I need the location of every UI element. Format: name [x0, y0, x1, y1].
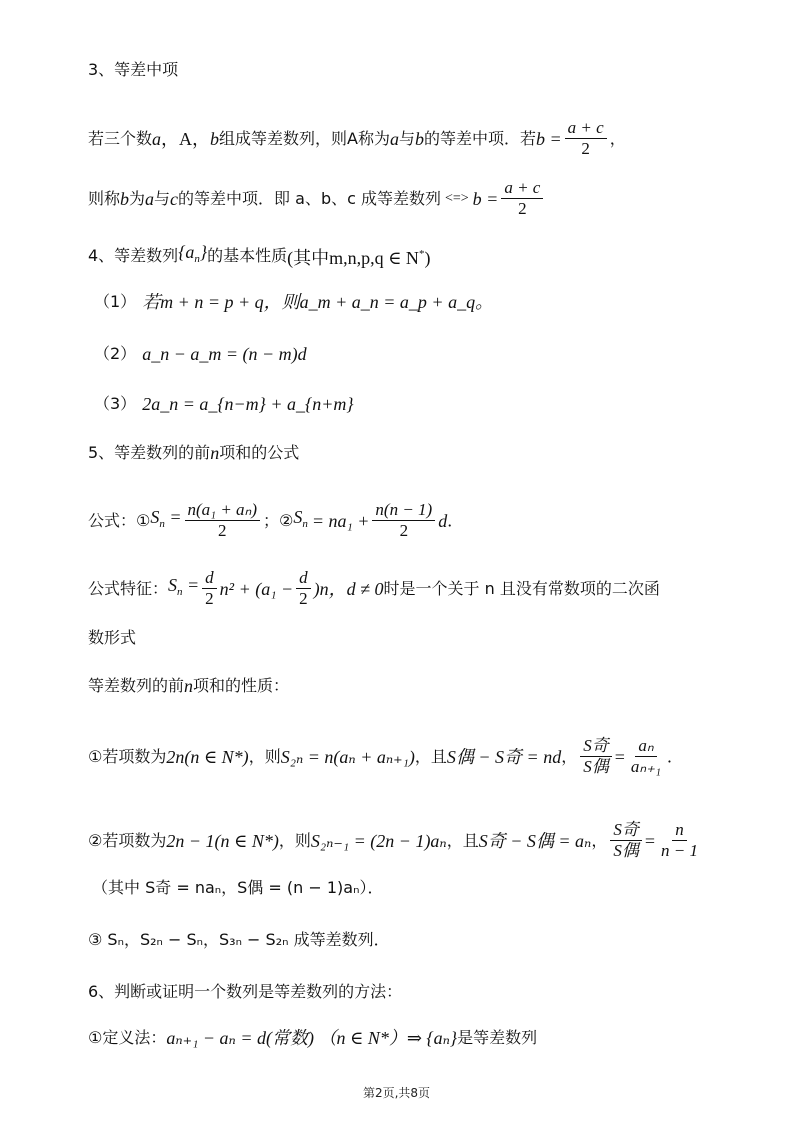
text: 的等差中项．若 [424, 129, 536, 149]
feature-condition: ，d ≠ 0 [329, 579, 384, 599]
circled-2: ② [279, 511, 293, 531]
end: ． [667, 747, 683, 767]
denominator: 2 [215, 521, 230, 541]
denominator: 2 [202, 589, 217, 609]
var-b: b [415, 129, 424, 149]
property-2: ②若项数为 2n − 1(n ∈ N*) ，则 S₂ₙ₋₁ = (2n − 1)… [88, 820, 704, 861]
numerator: d [296, 568, 311, 589]
text: ，且 [447, 831, 479, 851]
text: 项和的性质： [193, 676, 289, 696]
text: 4、等差数列 [88, 246, 178, 266]
method-label: ①定义法： [88, 1028, 166, 1048]
text: ， [591, 831, 607, 851]
formula-feature-line: 公式特征： Sn = d 2 n² + (a₁ − d 2 )n ，d ≠ 0 … [88, 568, 660, 609]
count: 2n − 1(n ∈ N*) [166, 831, 278, 851]
numerator: S奇 [610, 820, 642, 841]
text: ①若项数为 [88, 747, 166, 767]
condition-text: (其中m,n,p,q ∈ N [287, 248, 419, 268]
denominator: 2 [578, 139, 593, 159]
difference: S偶 − S奇 = nd [447, 747, 561, 767]
text: 的等差中项．即 a、b、c 成等差数列 [178, 189, 441, 209]
section-6-heading: 6、判断或证明一个数列是等差数列的方法： [88, 982, 402, 1002]
item-label: （2） [94, 344, 136, 364]
feature-text: 时是一个关于 n 且没有常数项的二次函 [384, 579, 660, 599]
section-4-heading: 4、等差数列 {an} 的基本性质 (其中m,n,p,q ∈ N*) [88, 242, 430, 269]
feature-label: 公式特征： [88, 579, 168, 599]
property-item-1: （1） 若m + n = p + q，则a_m + a_n = a_p + a_… [94, 292, 493, 312]
text: ，则 [279, 831, 311, 851]
text: ，A， [161, 129, 210, 149]
fraction: d 2 [202, 568, 217, 609]
formula2-mid: = na₁ + [312, 511, 370, 531]
numerator: aₙ [635, 736, 656, 757]
props-heading: 等差数列的前 n 项和的性质： [88, 676, 289, 696]
item-text: a_n − a_m = (n − m)d [142, 344, 306, 364]
var-d: d [438, 511, 447, 531]
item-label: （1） [94, 292, 136, 312]
equivalence-arrow: <=> [445, 189, 469, 209]
formula-label: 公式： [88, 511, 136, 531]
sequence-set: {an} [178, 242, 207, 269]
var-a: a [390, 129, 399, 149]
fraction: a + c 2 [501, 178, 543, 219]
denominator: 2 [515, 199, 530, 219]
end: ． [447, 511, 463, 531]
sn-equals: Sn = [150, 507, 181, 534]
count: 2n(n ∈ N*) [166, 747, 248, 767]
set-open: {a [178, 242, 194, 262]
numerator: d [202, 568, 217, 589]
separator: ； [263, 511, 279, 531]
denominator: 2 [296, 589, 311, 609]
text: 组成等差数列，则A称为 [219, 129, 390, 149]
var-n: n [210, 443, 219, 463]
fraction: d 2 [296, 568, 311, 609]
var-c: c [170, 189, 178, 209]
set-close: } [200, 242, 207, 262]
property-item-3: （3） 2a_n = a_{n−m} + a_{n+m} [94, 394, 354, 414]
ratio-fraction: S奇 S偶 [580, 736, 612, 777]
circled-1: ① [136, 511, 150, 531]
numerator: n(n − 1) [372, 500, 435, 521]
method-formula: aₙ₊₁ − aₙ = d(常数) （n ∈ N*）⇒ {aₙ} [166, 1028, 457, 1048]
property-2-note: （其中 S奇 = naₙ，S偶 = (n − 1)aₙ）． [92, 878, 383, 898]
equation: b = [536, 129, 562, 149]
var-n: n [184, 676, 193, 696]
section-3-heading: 3、等差中项 [88, 60, 178, 80]
var-a: a [145, 189, 154, 209]
feature-tail: )n [314, 579, 329, 599]
method-tail: 是等差数列 [457, 1028, 537, 1048]
denominator: S偶 [580, 757, 612, 777]
text: ， [561, 747, 577, 767]
text: 与 [154, 189, 170, 209]
text: 等差数列的前 [88, 676, 184, 696]
sum-formula-line: 公式： ① Sn = n(a₁ + aₙ) 2 ； ② Sn = na₁ + n… [88, 500, 463, 541]
equation: S₂ₙ = n(aₙ + aₙ₊₁) [281, 747, 415, 767]
numerator: a + c [501, 178, 543, 199]
text: ，且 [415, 747, 447, 767]
feature-mid: n² + (a₁ − [220, 579, 293, 599]
denominator: S偶 [610, 841, 642, 861]
section-3-line-2: 则称 b 为 a 与 c 的等差中项．即 a、b、c 成等差数列 <=> b =… [88, 178, 546, 219]
property-item-2: （2） a_n − a_m = (n − m)d [94, 344, 307, 364]
text: ， [610, 129, 626, 149]
text: 的基本性质 [207, 246, 287, 266]
text: ，则 [249, 747, 281, 767]
fraction: a + c 2 [565, 118, 607, 159]
numerator: n(a₁ + aₙ) [185, 500, 260, 521]
property-1: ①若项数为 2n(n ∈ N*) ，则 S₂ₙ = n(aₙ + aₙ₊₁) ，… [88, 736, 683, 777]
ratio-fraction: aₙ aₙ₊₁ [628, 736, 664, 777]
section-3-line-1: 若三个数 a ，A， b 组成等差数列，则A称为 a 与 b 的等差中项．若 b… [88, 118, 626, 159]
item-text: 若m + n = p + q，则a_m + a_n = a_p + a_q。 [142, 292, 493, 312]
denominator: n − 1 [658, 841, 701, 861]
text: 项和的公式 [219, 443, 299, 463]
numerator: n [672, 820, 687, 841]
condition-close: ) [424, 248, 430, 268]
text: 为 [129, 189, 145, 209]
property-3: ③ Sₙ，S₂ₙ − Sₙ，S₃ₙ − S₂ₙ 成等差数列． [88, 930, 390, 950]
text: 5、等差数列的前 [88, 443, 210, 463]
item-label: （3） [94, 394, 136, 414]
feature-text-continued: 数形式 [88, 628, 136, 648]
fraction: n(a₁ + aₙ) 2 [185, 500, 260, 541]
page-footer: 第2页,共8页 [0, 1084, 793, 1101]
condition: (其中m,n,p,q ∈ N*) [287, 244, 430, 268]
difference: S奇 − S偶 = aₙ [479, 831, 592, 851]
denominator: aₙ₊₁ [628, 757, 664, 777]
var-a: a [152, 129, 161, 149]
fraction: n(n − 1) 2 [372, 500, 435, 541]
sn-equals: Sn = [168, 575, 199, 602]
sn-symbol: Sn [293, 507, 308, 534]
numerator: S奇 [580, 736, 612, 757]
text: 若三个数 [88, 129, 152, 149]
text: 则称 [88, 189, 120, 209]
denominator: 2 [397, 521, 412, 541]
ratio-fraction: S奇 S偶 [610, 820, 642, 861]
equation: S₂ₙ₋₁ = (2n − 1)aₙ [311, 831, 447, 851]
text: ②若项数为 [88, 831, 166, 851]
equation: b = [473, 189, 499, 209]
var-b: b [210, 129, 219, 149]
ratio-fraction: n n − 1 [658, 820, 701, 861]
item-text: 2a_n = a_{n−m} + a_{n+m} [142, 394, 353, 414]
section-5-heading: 5、等差数列的前 n 项和的公式 [88, 443, 299, 463]
numerator: a + c [565, 118, 607, 139]
var-b: b [120, 189, 129, 209]
method-1: ①定义法： aₙ₊₁ − aₙ = d(常数) （n ∈ N*）⇒ {aₙ} 是… [88, 1028, 537, 1048]
text: 与 [399, 129, 415, 149]
